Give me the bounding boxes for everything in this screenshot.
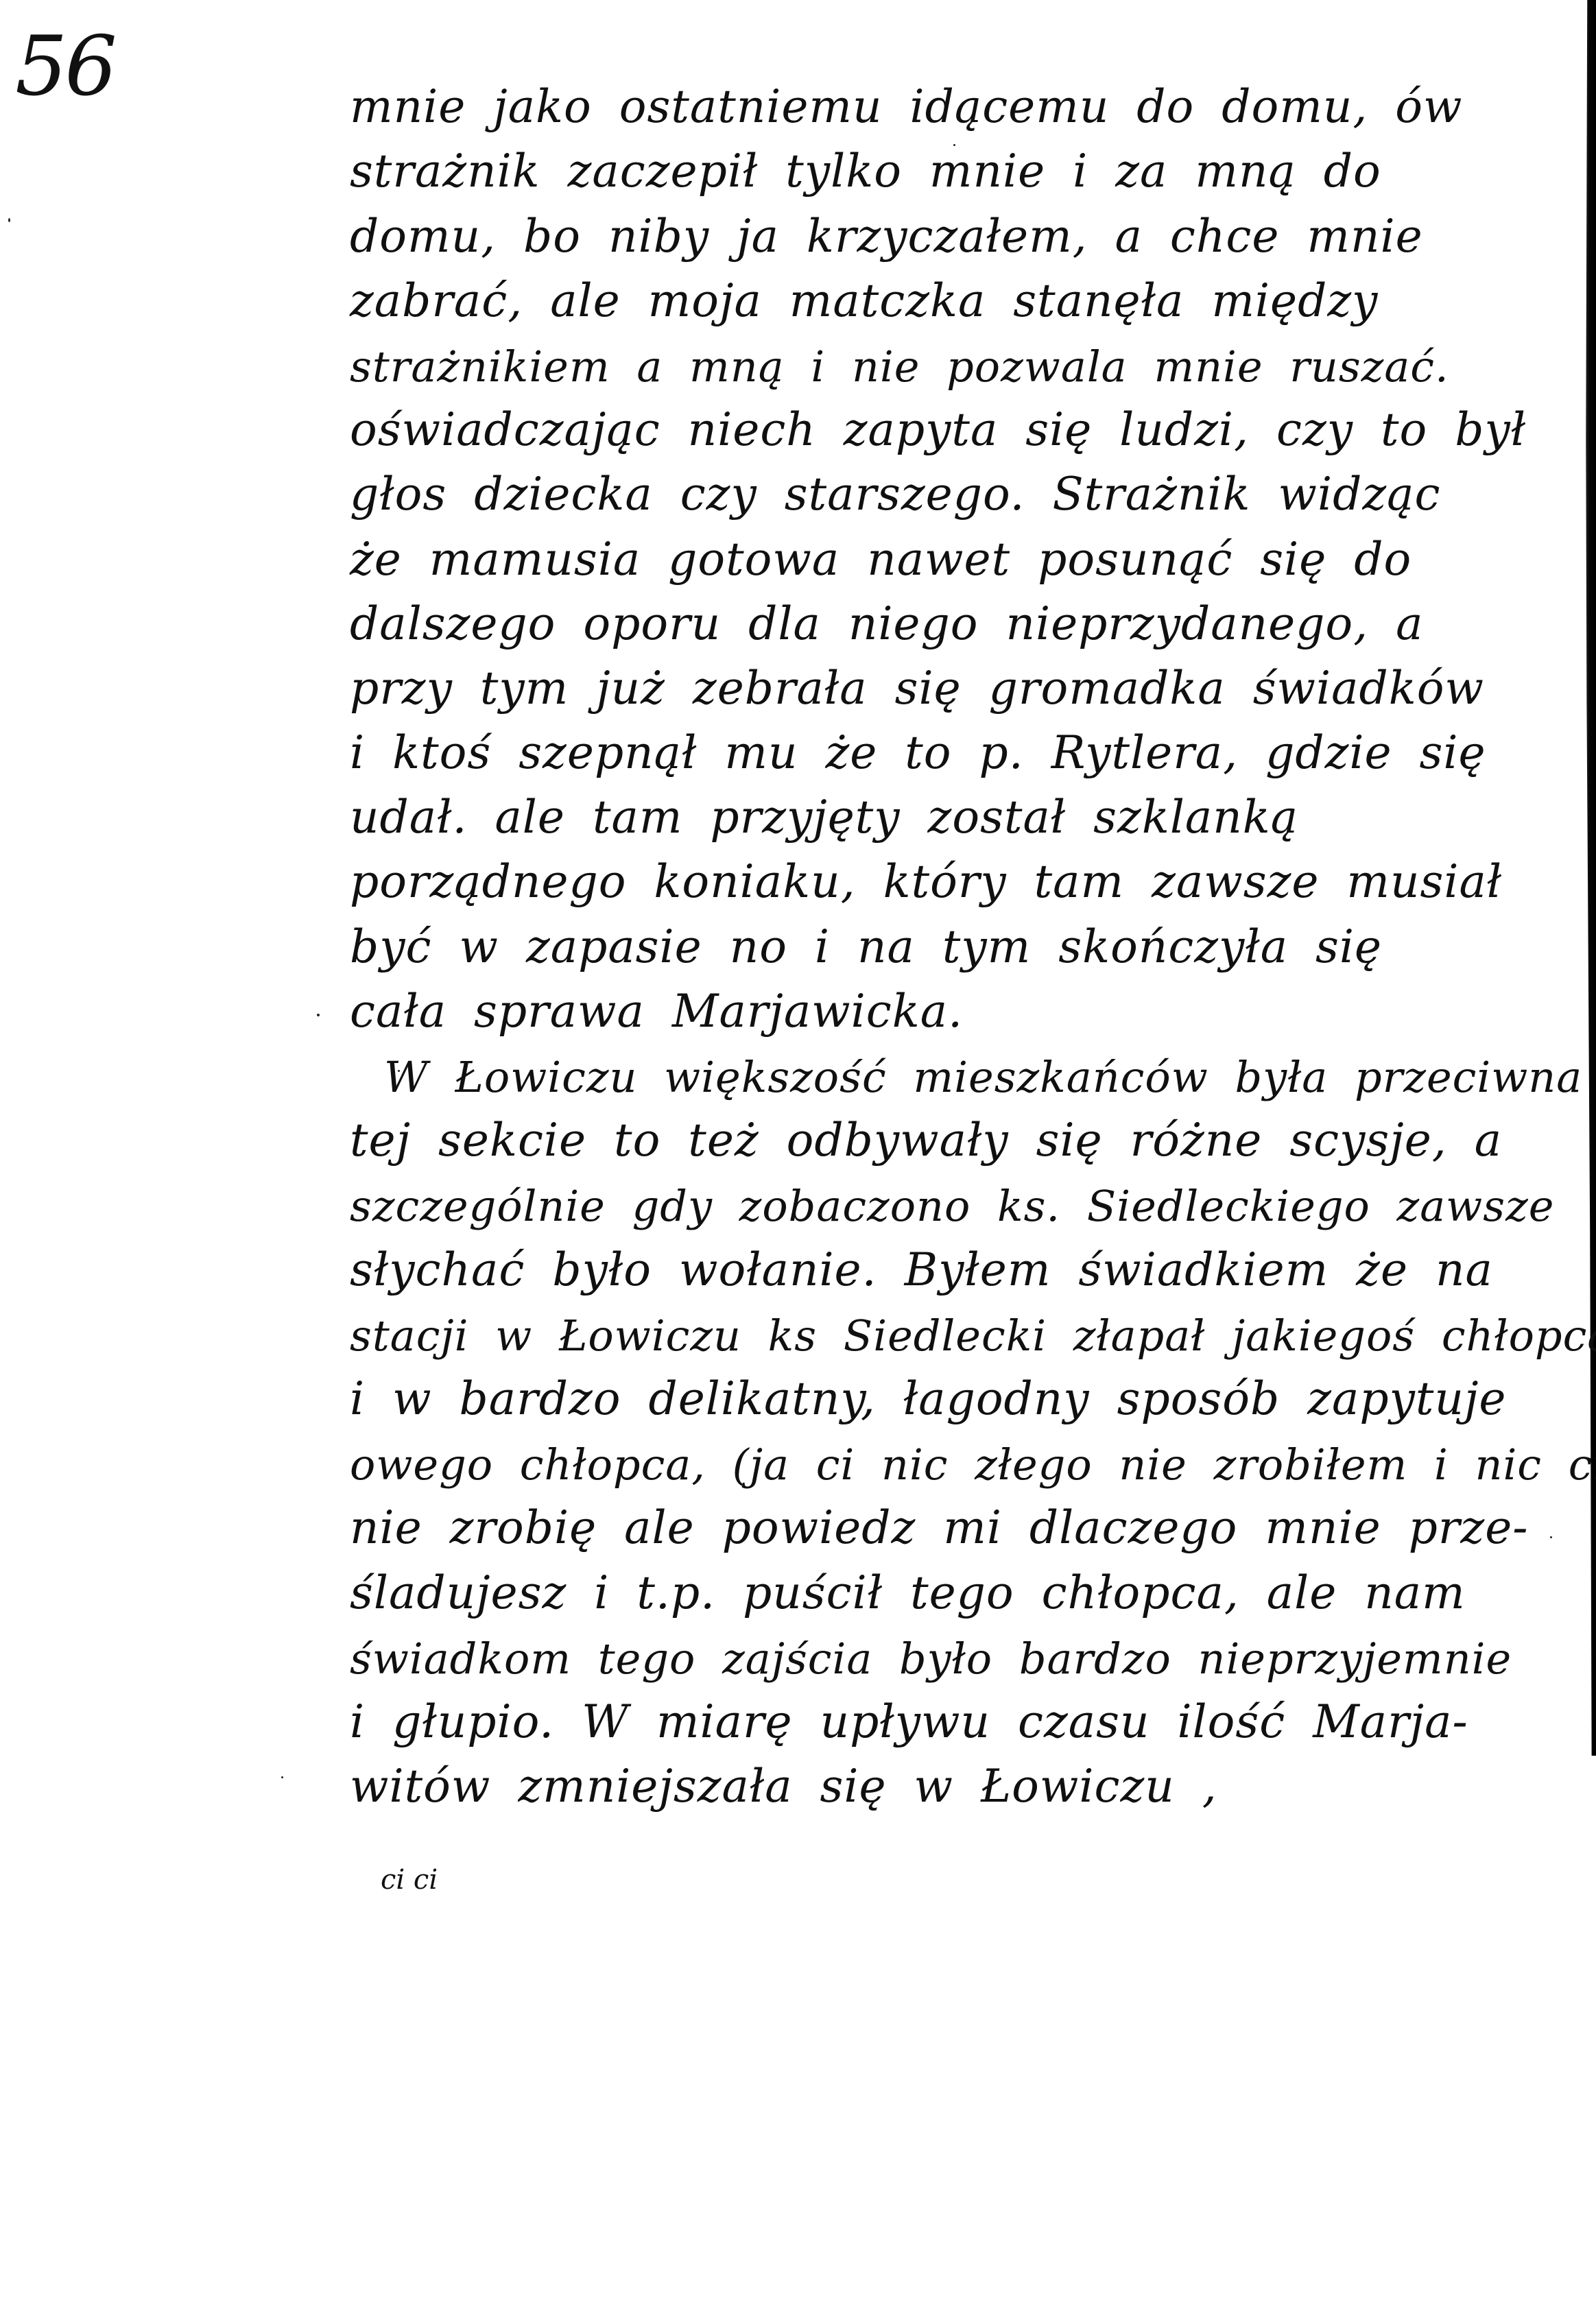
text-line: dalszego oporu dla niego nieprzydanego, … (350, 582, 1577, 647)
text-line: tej sekcie to też odbywały się różne scy… (350, 1099, 1577, 1163)
text-line: strażnik zaczepił tylko mnie i za mną do (350, 130, 1577, 194)
text-line: porządnego koniaku, który tam zawsze mus… (350, 840, 1577, 905)
paragraph-start-line: W Łowiczu większość mieszkańców była prz… (350, 1034, 1577, 1099)
text-line: świadkom tego zajścia było bardzo nieprz… (350, 1616, 1577, 1680)
text-line: cała sprawa Marjawicka. (350, 970, 1577, 1034)
text-line: nie zrobię ale powiedz mi dlaczego mnie … (350, 1486, 1577, 1551)
text-line: witów zmniejszała się w Łowiczu , (350, 1745, 1577, 1809)
text-line: stacji w Łowiczu ks Siedlecki złapał jak… (350, 1293, 1577, 1357)
text-line: i w bardzo delikatny, łagodny sposób zap… (350, 1357, 1577, 1422)
manuscript-page: 56 mnie jako ostatniemu idącemu do domu,… (0, 0, 1596, 2303)
interlinear-insertion: ci ci (381, 1864, 438, 1896)
text-line: strażnikiem a mną i nie pozwala mnie rus… (350, 324, 1577, 388)
text-line: i głupio. W miarę upływu czasu ilość Mar… (350, 1680, 1577, 1745)
text-line: że mamusia gotowa nawet posunąć się do (350, 517, 1577, 582)
scan-edge-border (1585, 0, 1596, 1756)
text-line: oświadczając niech zapyta się ludzi, czy… (350, 388, 1577, 453)
text-line: być w zapasie no i na tym skończyła się (350, 905, 1577, 969)
text-line: śladujesz i t.p. puścił tego chłopca, al… (350, 1551, 1577, 1615)
text-line: domu, bo niby ja krzyczałem, a chce mnie (350, 194, 1577, 259)
text-line: szczególnie gdy zobaczono ks. Siedleckie… (350, 1163, 1577, 1228)
text-line: i ktoś szepnął mu że to p. Rytlera, gdzi… (350, 711, 1577, 776)
scan-edge-border-fragment (1592, 1660, 1596, 1721)
text-line: przy tym już zebrała się gromadka świadk… (350, 647, 1577, 711)
text-line: głos dziecka czy starszego. Strażnik wid… (350, 453, 1577, 517)
page-number: 56 (15, 26, 115, 108)
text-line: owego chłopca, (ja ci nic złego nie zrob… (350, 1422, 1577, 1486)
handwritten-text-block: mnie jako ostatniemu idącemu do domu, ów… (350, 65, 1577, 1809)
text-line: zabrać, ale moja matczka stanęła między (350, 259, 1577, 324)
text-line: słychać było wołanie. Byłem świadkiem że… (350, 1228, 1577, 1292)
text-line: udał. ale tam przyjęty został szklanką (350, 776, 1577, 840)
text-line: mnie jako ostatniemu idącemu do domu, ów (350, 65, 1577, 130)
